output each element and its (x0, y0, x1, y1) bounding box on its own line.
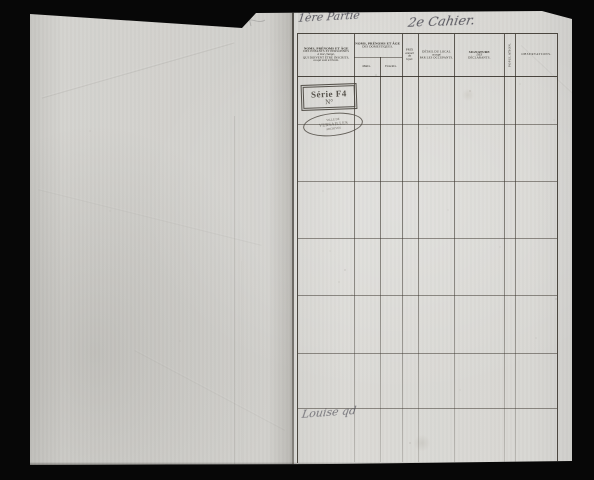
stamp-text: ARCHIVES (326, 127, 341, 131)
header-col-observations: OBSERVATIONS. (515, 34, 559, 76)
header-col-prix: PRIX annuel du loyer. (402, 34, 418, 76)
table-rule (298, 295, 557, 296)
handwritten-part-title: 1ère Partie (297, 9, 360, 25)
header-text: DES DOMESTIQUES. (356, 46, 401, 49)
header-col-population: POPULATION. (504, 34, 515, 76)
crease-line (38, 188, 262, 246)
table-rule (298, 76, 557, 77)
crease-line (241, 261, 242, 461)
table-rule (418, 34, 419, 462)
header-text: loyer. (406, 58, 414, 61)
register-spread: 1ère Partie 2e Cahier. NOMS, PRÉNOMS (30, 11, 572, 466)
series-f4-stamp: Série F4 N° (301, 83, 358, 111)
header-subcol-males: Mâles. (354, 57, 380, 76)
table-rule (298, 353, 557, 354)
header-text: DÉCLARANTS. (468, 57, 490, 60)
header-subcol-femelles: Femelles. (380, 57, 402, 76)
header-text: Femelles. (385, 65, 397, 68)
scan-background: 1ère Partie 2e Cahier. NOMS, PRÉNOMS (0, 0, 594, 480)
header-col-local: DÉTAIL DU LOCAL occupé PAR LES OCCUPANTS… (418, 34, 454, 76)
header-text: POPULATION. (508, 43, 511, 67)
handwritten-note: Louise qd (301, 404, 357, 421)
table-rule (515, 34, 516, 462)
table-rule (380, 57, 381, 462)
binding-shadow (268, 11, 294, 466)
register-table: NOMS, PRÉNOMS ET ÂGE DES ENFANTS ET PERS… (297, 33, 558, 463)
header-text: Mâles. (363, 65, 371, 68)
crease-line (42, 41, 235, 98)
table-rule (454, 34, 455, 462)
table-rule (298, 238, 557, 239)
table-rule (504, 34, 505, 462)
header-col-domestiques: NOMS, PRÉNOMS ET ÂGE DES DOMESTIQUES. (354, 34, 402, 57)
crease-line (233, 116, 235, 464)
crease-line (134, 349, 285, 431)
header-col-children: NOMS, PRÉNOMS ET ÂGE DES ENFANTS ET PERS… (298, 34, 354, 76)
stamp-text: N° (325, 97, 333, 105)
header-col-signature: SIGNATURE DES DÉCLARANTS. (454, 34, 504, 76)
header-text: PAR LES OCCUPANTS. (419, 57, 452, 60)
table-rule (298, 181, 557, 182)
pencil-scribble (225, 14, 269, 32)
table-rule (402, 34, 403, 462)
header-text: OBSERVATIONS. (522, 53, 552, 56)
handwritten-cahier-title: 2e Cahier. (407, 14, 477, 31)
header-text: ou qui sont à l'école. (303, 60, 349, 63)
